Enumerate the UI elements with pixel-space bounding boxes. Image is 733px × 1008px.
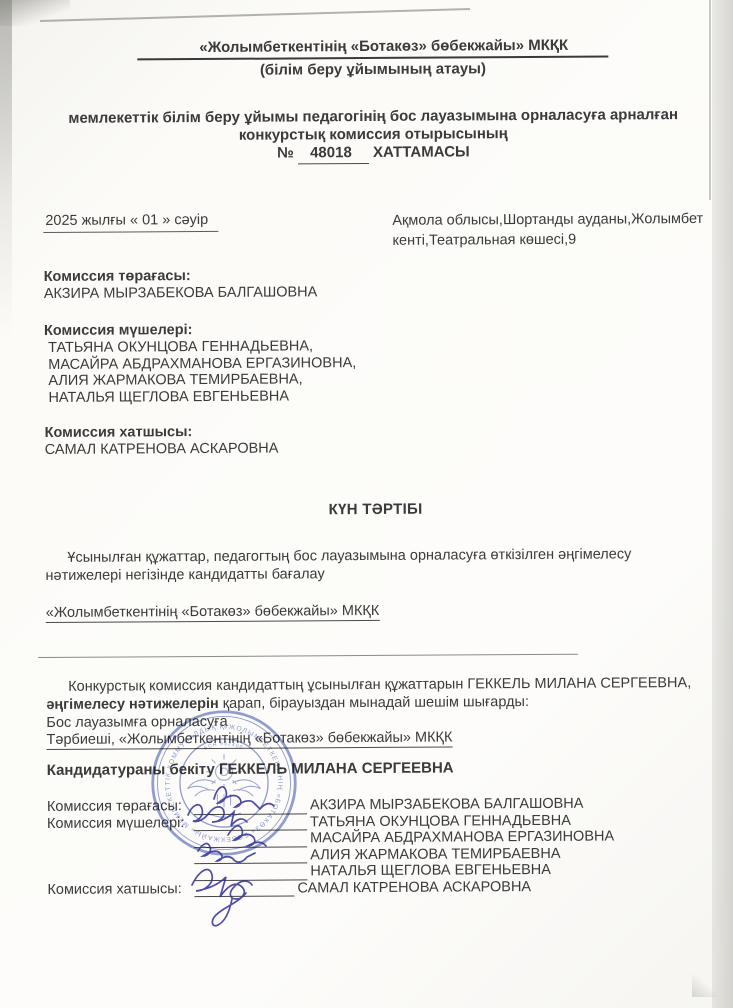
protocol-number: 48018 bbox=[298, 144, 369, 164]
approve-line: Кандидатураны бекіту ГЕККЕЛЬ МИЛАНА СЕРГ… bbox=[47, 758, 708, 779]
signature-row-secretary: Комиссия хатшысы: САМАЛ КАТРЕНОВА АСКАРО… bbox=[47, 877, 708, 898]
sig-members-label: Комиссия мүшелері: bbox=[47, 815, 194, 832]
secretary-block: Комиссия хатшысы: САМАЛ КАТРЕНОВА АСКАРО… bbox=[45, 421, 706, 459]
sig-member-name: НАТАЛЬЯ ЩЕГЛОВА ЕВГЕНЬЕВНА bbox=[307, 862, 551, 880]
sig-secretary-name: САМАЛ КАТРЕНОВА АСКАРОВНА bbox=[294, 879, 531, 897]
org-name-note: (білім беру ұйымының атауы) bbox=[42, 59, 703, 80]
date-address-row: 2025 жылғы « 01 » сәуір Ақмола облысы,Шо… bbox=[43, 209, 704, 253]
sig-member-name: МАСАЙРА АБДРАХМАНОВА ЕРГАЗИНОВНА bbox=[307, 829, 614, 847]
agenda-org-line: «Жолымбеткентінің «Ботакөз» бөбекжайы» М… bbox=[46, 601, 707, 622]
agenda-body: Ұсынылған құжаттар, педагогтың бос лауаз… bbox=[45, 546, 706, 585]
sig-member-name: ТАТЬЯНА ОКУНЦОВА ГЕННАДЬЕВНА bbox=[307, 812, 571, 830]
date-cell: 2025 жылғы « 01 » сәуір bbox=[43, 212, 218, 253]
signature-line bbox=[194, 831, 307, 848]
document-content: «Жолымбеткентінің «Ботакөз» бөбекжайы» М… bbox=[0, 0, 733, 1008]
member-name: НАТАЛЬЯ ЩЕГЛОВА ЕВГЕНЬЕВНА bbox=[44, 385, 705, 406]
protocol-number-line: № 48018 ХАТТАМАСЫ bbox=[43, 142, 704, 166]
sig-chairman-label: Комиссия төрағасы: bbox=[47, 798, 194, 815]
number-sign: № bbox=[277, 144, 294, 161]
horizontal-rule bbox=[38, 654, 578, 658]
decision-text-1: Конкурстық комиссия кандидаттың ұсынылға… bbox=[68, 675, 691, 695]
members-block: Комиссия мүшелері: ТАТЬЯНА ОКУНЦОВА ГЕНН… bbox=[44, 319, 705, 406]
decision-text-bold: әңгімелесу нәтижелерін bbox=[46, 695, 219, 712]
document-title: мемлекеттік білім беру ұйымы педагогінің… bbox=[43, 106, 704, 166]
members-list: ТАТЬЯНА ОКУНЦОВА ГЕННАДЬЕВНА, МАСАЙРА АБ… bbox=[44, 336, 705, 406]
scanned-protocol-document: «Жолымбеткентінің «Ботакөз» бөбекжайы» М… bbox=[0, 0, 733, 1008]
signature-block: Комиссия төрағасы: АКЗИРА МЫРЗАБЕКОВА БА… bbox=[47, 795, 709, 898]
signature-line bbox=[194, 847, 307, 864]
agenda-org-name: «Жолымбеткентінің «Ботакөз» бөбекжайы» М… bbox=[46, 603, 380, 623]
agenda-heading: КҮН ТӘРТІБІ bbox=[45, 499, 706, 520]
signature-line bbox=[194, 880, 294, 897]
sig-member-name: АЛИЯ ЖАРМАКОВА ТЕМИРБАЕВНА bbox=[307, 845, 560, 863]
chairman-name: АКЗИРА МЫРЗАБЕКОВА БАЛГАШОВНА bbox=[44, 282, 705, 303]
position-underlined: Тәрбиеші, «Жолымбеткентінің «Ботакөз» бө… bbox=[46, 729, 452, 749]
position-line: Тәрбиеші, «Жолымбеткентінің «Ботакөз» бө… bbox=[46, 728, 707, 749]
protocol-date: 2025 жылғы « 01 » сәуір bbox=[43, 212, 218, 233]
sig-secretary-label: Комиссия хатшысы: bbox=[47, 881, 194, 898]
signature-line bbox=[194, 814, 307, 831]
secretary-name: САМАЛ КАТРЕНОВА АСКАРОВНА bbox=[45, 438, 706, 459]
chairman-block: Комиссия төрағасы: АКЗИРА МЫРЗАБЕКОВА БА… bbox=[44, 265, 705, 303]
protocol-word: ХАТТАМАСЫ bbox=[373, 143, 470, 161]
org-address: Ақмола облысы,Шортанды ауданы,Жолымбет к… bbox=[392, 209, 704, 251]
signature-line bbox=[194, 864, 307, 881]
org-name-header: «Жолымбеткентінің «Ботакөз» бөбекжайы» М… bbox=[137, 37, 608, 61]
decision-paragraph: Конкурстық комиссия кандидаттың ұсынылға… bbox=[46, 675, 707, 714]
signature-line bbox=[194, 798, 307, 815]
decision-text-2: қарап, бірауыздан мынадай шешім шығарды: bbox=[219, 694, 529, 712]
sig-chairman-name: АКЗИРА МЫРЗАБЕКОВА БАЛГАШОВНА bbox=[307, 796, 584, 814]
